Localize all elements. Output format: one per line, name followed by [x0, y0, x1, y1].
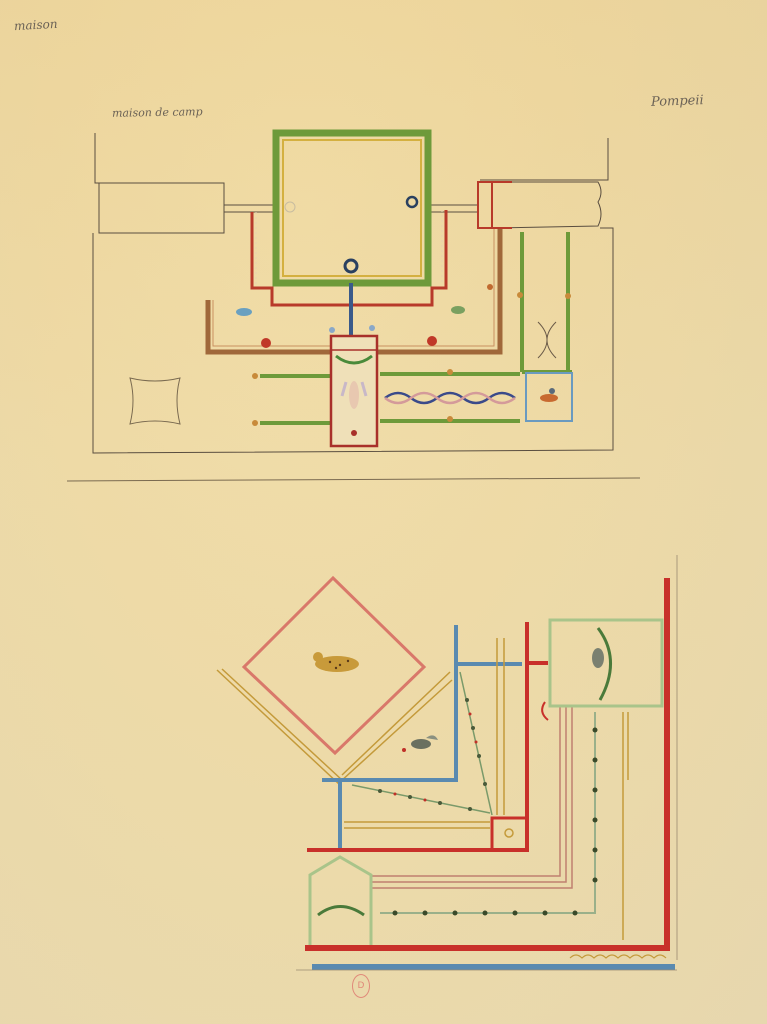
small-square: [130, 378, 180, 424]
garland-icon: [318, 907, 364, 916]
drain-ring-icon: [407, 197, 417, 207]
helix-ornament: [538, 322, 556, 358]
guilloche-band: [385, 393, 515, 403]
drain-ring-icon: [345, 260, 357, 272]
vase-icon: [427, 336, 437, 346]
vase-icon: [261, 338, 271, 348]
diamond-panel: [217, 578, 452, 785]
bird-icon: [592, 648, 604, 668]
cupid-icon: [236, 308, 252, 316]
green-box-bird: [550, 620, 662, 706]
archive-stamp: D: [352, 974, 370, 998]
horse-rider-icon: [540, 394, 558, 402]
panel-figure: [331, 336, 377, 446]
impluvium: [276, 133, 428, 283]
red-frames: [305, 578, 667, 948]
cupid-icon: [451, 306, 465, 314]
left-room-rect: [99, 183, 224, 233]
rider-panel: [526, 373, 572, 421]
winged-figure-icon: [349, 381, 359, 409]
divider-rule: [67, 478, 640, 481]
wall-outline-left-top: [95, 133, 278, 205]
outer-blue-band: [312, 955, 675, 967]
bird-motif: [402, 735, 438, 752]
brown-threshold: [208, 182, 512, 352]
architectural-drawing: [0, 0, 767, 1024]
bird-icon: [411, 739, 431, 749]
gabled-niche: [310, 857, 371, 945]
outer-red-border: [305, 578, 667, 948]
